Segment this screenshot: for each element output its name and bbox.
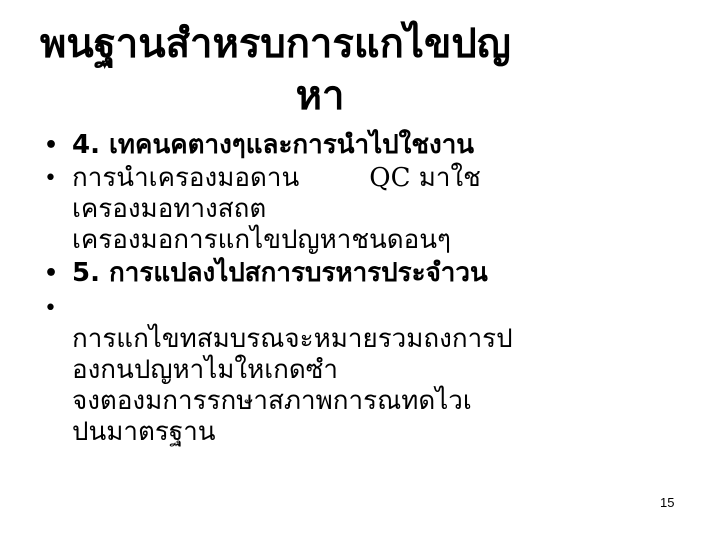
- bullet-item-complete-solution: • การแกไขทสมบรณจะหมายรวมถงการป องกนปญหาไ…: [42, 293, 602, 448]
- bullet-text-line: การแกไขทสมบรณจะหมายรวมถงการป: [72, 324, 602, 355]
- bullet-text-line: การนำเครองมอดานQC มาใช: [72, 163, 602, 194]
- slide-title: พนฐานสำหรบการแกไขปญ หา: [40, 18, 560, 122]
- bullet-icon: •: [44, 130, 58, 161]
- bullet-text-line: [72, 293, 602, 324]
- page-number: 15: [660, 495, 674, 510]
- bullet-item-techniques: • 4. เทคนคตางๆและการนำไปใชงาน: [42, 130, 602, 161]
- bullet-icon: •: [44, 163, 57, 194]
- bullet-text-part: การนำเครองมอดาน: [72, 163, 299, 193]
- bullet-item-daily-management: • 5. การแปลงไปสการบรหารประจำวน: [42, 258, 602, 289]
- bullet-text-line: เครองมอทางสถต: [72, 194, 602, 225]
- title-line-1: พนฐานสำหรบการแกไขปญ: [40, 18, 560, 70]
- bullet-list: • 4. เทคนคตางๆและการนำไปใชงาน • การนำเคร…: [42, 130, 602, 448]
- bullet-icon: •: [44, 258, 58, 289]
- bullet-item-qc-tools: • การนำเครองมอดานQC มาใช เครองมอทางสถต เ…: [42, 163, 602, 256]
- bullet-text-line: องกนปญหาไมใหเกดซำ: [72, 355, 602, 386]
- bullet-text-line: จงตองมการรกษาสภาพการณทดไวเ: [72, 386, 602, 417]
- bullet-text: 4. เทคนคตางๆและการนำไปใชงาน: [72, 130, 602, 161]
- bullet-text-line: เครองมอการแกไขปญหาชนดอนๆ: [72, 225, 602, 256]
- bullet-text: 5. การแปลงไปสการบรหารประจำวน: [72, 258, 602, 289]
- title-line-2: หา: [40, 70, 560, 122]
- bullet-icon: •: [44, 293, 57, 324]
- bullet-text-line: ปนมาตรฐาน: [72, 417, 602, 448]
- bullet-text-part: QC มาใช: [369, 163, 481, 193]
